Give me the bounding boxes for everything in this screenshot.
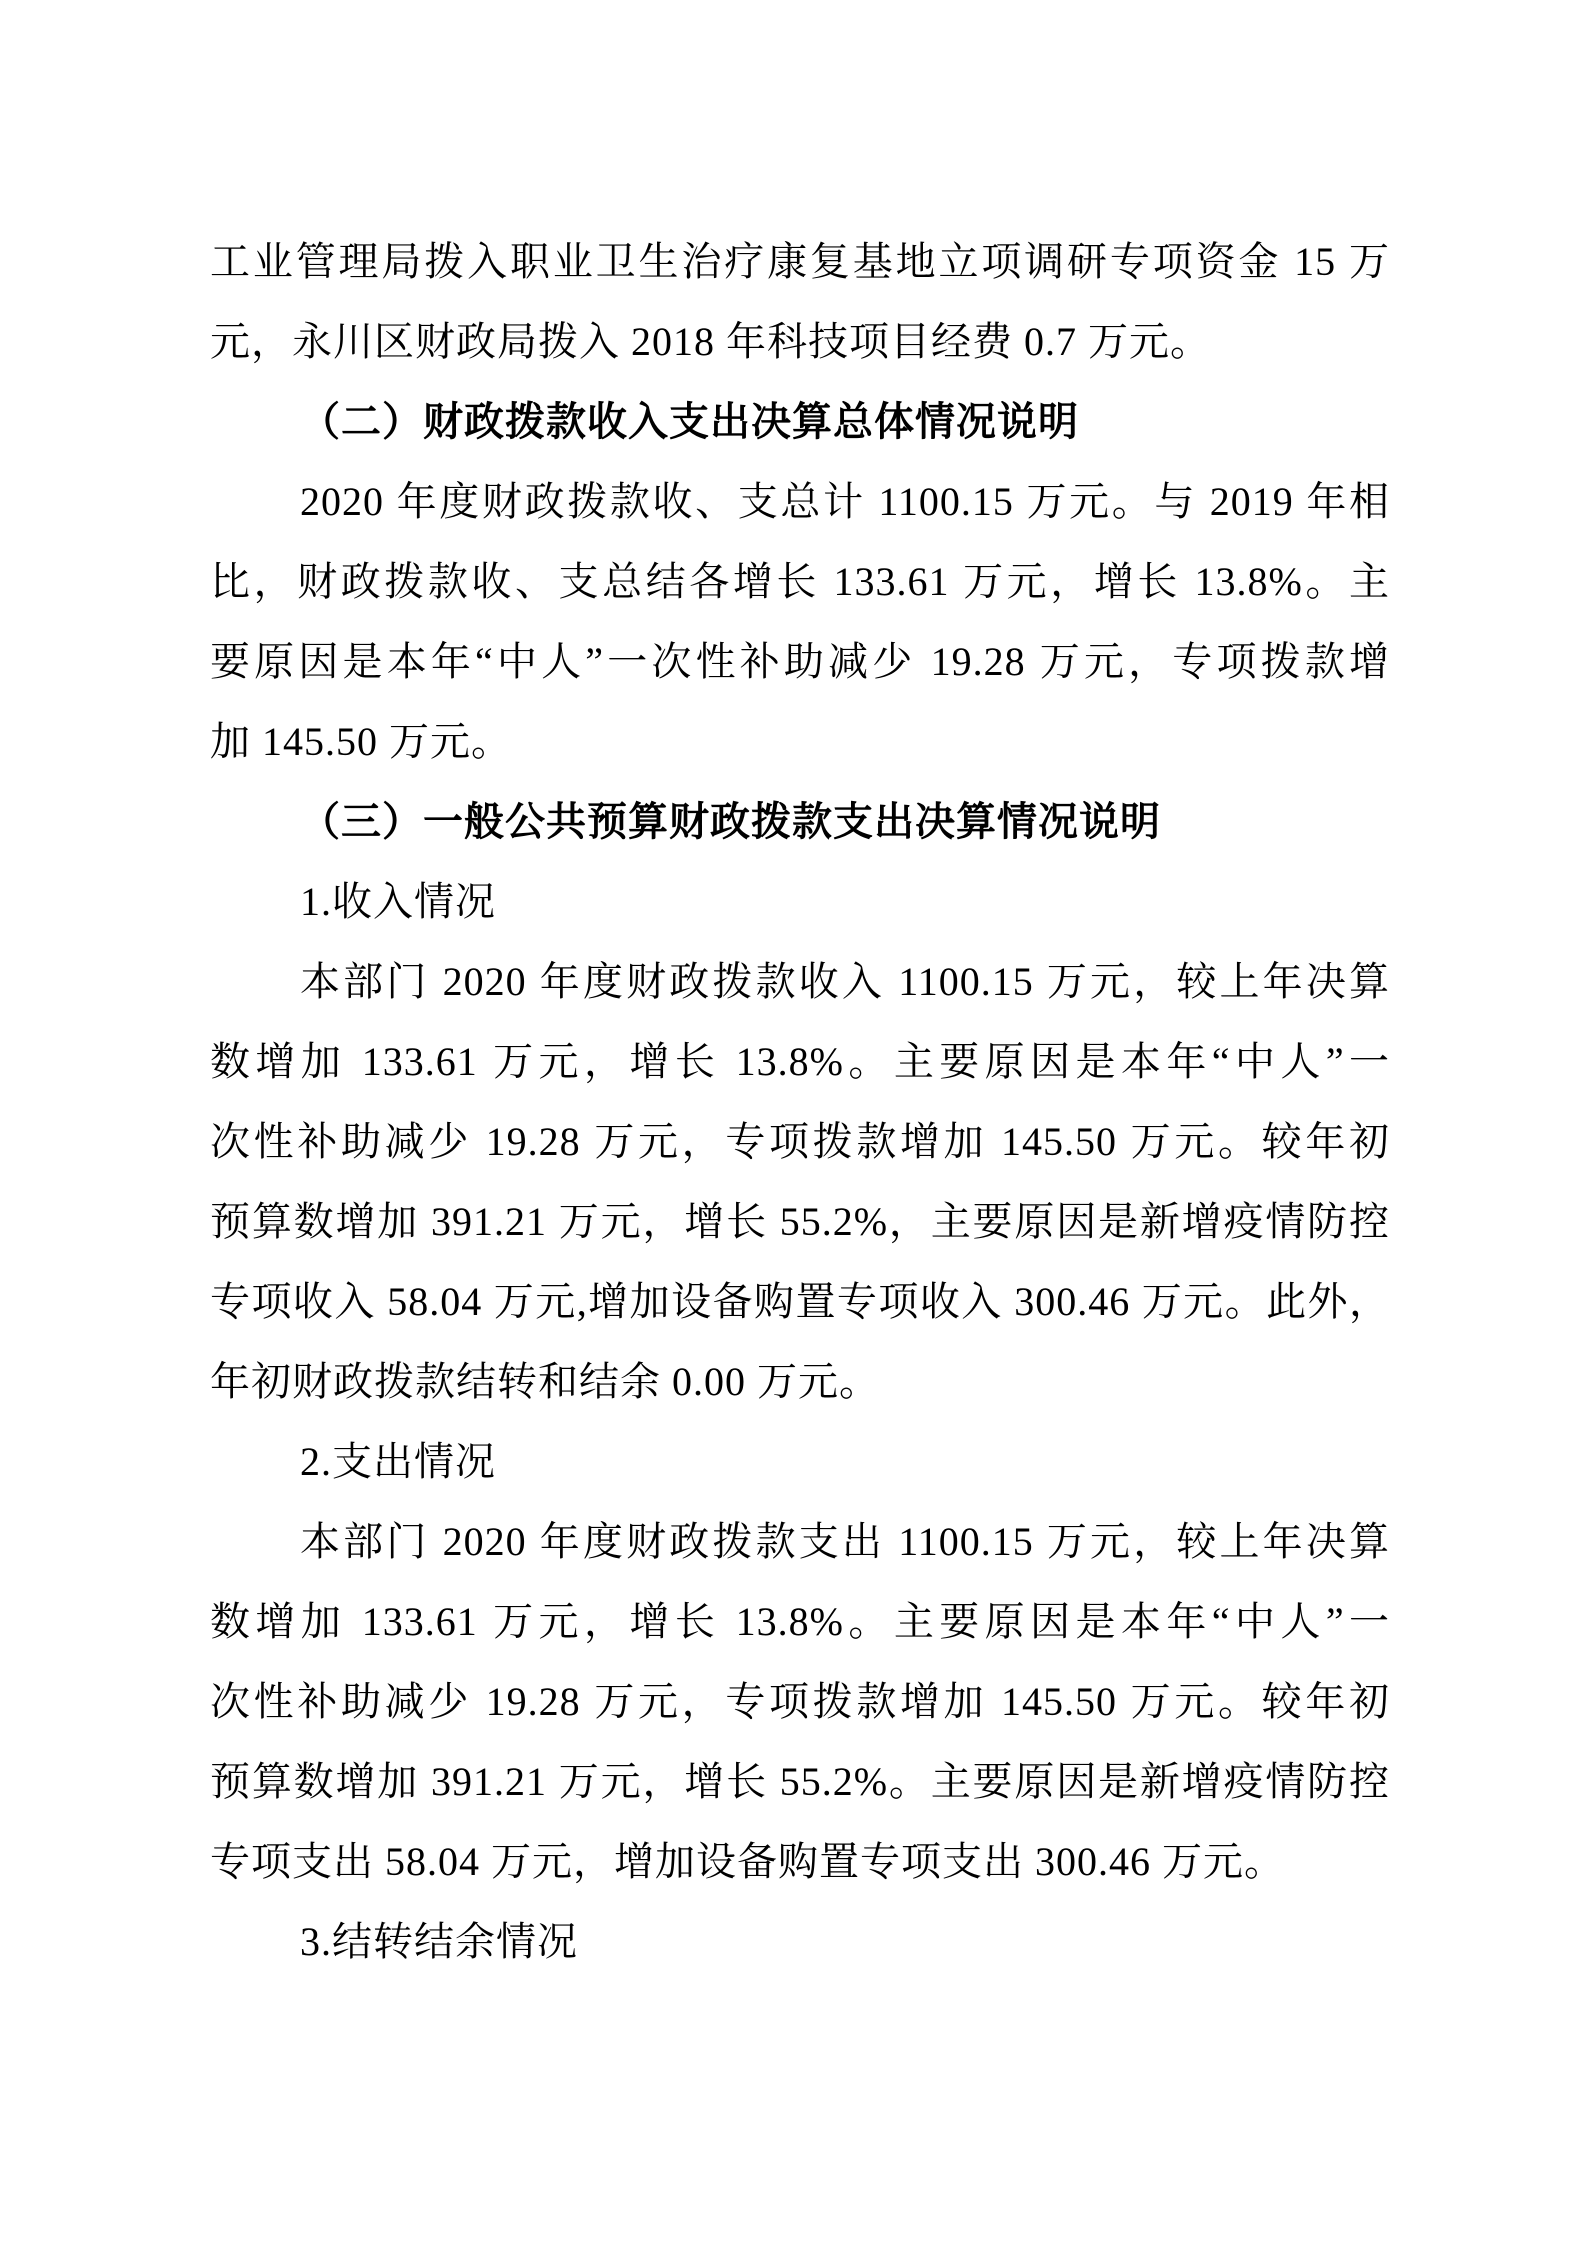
subsection-expenditure-title: 2.支出情况 xyxy=(210,1422,1390,1502)
text-line: 本部门 2020 年度财政拨款收入 1100.15 万元，较上年决算 xyxy=(210,942,1390,1022)
text-line: 比，财政拨款收、支总结各增长 133.61 万元，增长 13.8%。主 xyxy=(210,542,1390,622)
text-line: 专项支出 58.04 万元，增加设备购置专项支出 300.46 万元。 xyxy=(210,1822,1390,1902)
text-line: 年初财政拨款结转和结余 0.00 万元。 xyxy=(210,1342,1390,1422)
document-page: 工业管理局拨入职业卫生治疗康复基地立项调研专项资金 15 万 元，永川区财政局拨… xyxy=(0,0,1587,2245)
text-line: 预算数增加 391.21 万元，增长 55.2%，主要原因是新增疫情防控 xyxy=(210,1182,1390,1262)
text-line: 本部门 2020 年度财政拨款支出 1100.15 万元，较上年决算 xyxy=(210,1502,1390,1582)
section-heading-two: （二）财政拨款收入支出决算总体情况说明 xyxy=(210,382,1390,462)
text-line: 要原因是本年“中人”一次性补助减少 19.28 万元，专项拨款增 xyxy=(210,622,1390,702)
text-line: 工业管理局拨入职业卫生治疗康复基地立项调研专项资金 15 万 xyxy=(210,222,1390,302)
text-line: 次性补助减少 19.28 万元，专项拨款增加 145.50 万元。较年初 xyxy=(210,1662,1390,1742)
text-line: 专项收入 58.04 万元,增加设备购置专项收入 300.46 万元。此外， xyxy=(210,1262,1390,1342)
text-line: 2020 年度财政拨款收、支总计 1100.15 万元。与 2019 年相 xyxy=(210,462,1390,542)
document-text-block: 工业管理局拨入职业卫生治疗康复基地立项调研专项资金 15 万 元，永川区财政局拨… xyxy=(210,222,1390,1982)
subsection-income-title: 1.收入情况 xyxy=(210,862,1390,942)
section-heading-three: （三）一般公共预算财政拨款支出决算情况说明 xyxy=(210,782,1390,862)
text-line: 加 145.50 万元。 xyxy=(210,702,1390,782)
text-line: 次性补助减少 19.28 万元，专项拨款增加 145.50 万元。较年初 xyxy=(210,1102,1390,1182)
text-line: 数增加 133.61 万元，增长 13.8%。主要原因是本年“中人”一 xyxy=(210,1582,1390,1662)
text-line: 元，永川区财政局拨入 2018 年科技项目经费 0.7 万元。 xyxy=(210,302,1390,382)
text-line: 预算数增加 391.21 万元，增长 55.2%。主要原因是新增疫情防控 xyxy=(210,1742,1390,1822)
text-line: 数增加 133.61 万元，增长 13.8%。主要原因是本年“中人”一 xyxy=(210,1022,1390,1102)
subsection-carryover-title: 3.结转结余情况 xyxy=(210,1902,1390,1982)
